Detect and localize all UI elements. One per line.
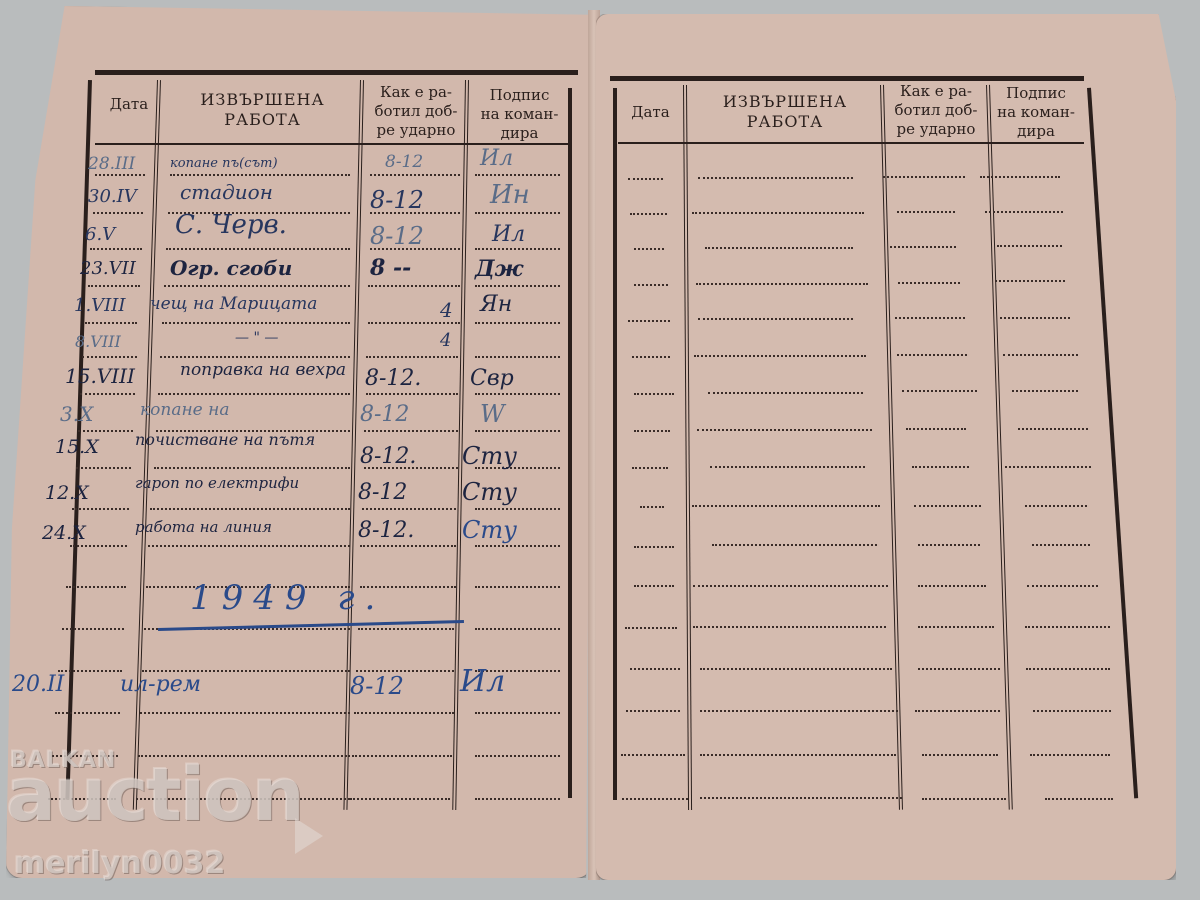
entry-work: ил-рем [120, 672, 201, 697]
header-how-line1: Как е ра- [366, 83, 466, 102]
dotted-line [634, 546, 674, 548]
dotted-line [912, 466, 969, 468]
entry-signature: Свр [470, 366, 514, 391]
entry-date: 23.VII [80, 258, 136, 279]
dotted-line [55, 712, 120, 714]
dotted-line [88, 285, 140, 287]
dotted-line [158, 393, 350, 395]
entry-hours: 8-12. [365, 366, 421, 391]
dotted-line [698, 318, 853, 320]
dotted-line [898, 282, 960, 284]
entry-signature: Ил [460, 664, 505, 699]
dotted-line [1045, 798, 1113, 800]
header-sign-line2: на коман- [472, 105, 567, 124]
dotted-line [475, 174, 560, 176]
dotted-line [475, 545, 560, 547]
dotted-line [80, 393, 135, 395]
dotted-line [1012, 390, 1078, 392]
dotted-line [985, 211, 1063, 213]
dotted-line [632, 467, 668, 469]
header-rule [95, 143, 570, 145]
header-sign-line1: Подпис [472, 86, 567, 105]
dotted-line [162, 322, 350, 324]
dotted-line [697, 429, 872, 431]
header-sign-line1: Подпис [990, 84, 1082, 103]
header-how-line3: ре ударно [366, 121, 466, 140]
entry-signature: Сту [462, 442, 517, 470]
right-border [568, 88, 572, 798]
dotted-line [700, 797, 902, 799]
header-how-line2: ботил доб- [886, 101, 986, 120]
entry-date: 30.IV [88, 186, 137, 207]
dotted-line [368, 285, 460, 287]
entry-work: копане пъ(сът) [170, 156, 278, 171]
dotted-line [634, 585, 674, 587]
dotted-line [632, 356, 670, 358]
dotted-line [640, 506, 664, 508]
dotted-line [148, 545, 350, 547]
dotted-line [360, 545, 456, 547]
entry-signature: Ян [480, 292, 512, 317]
dotted-line [62, 628, 124, 630]
dotted-line [918, 544, 980, 546]
entry-hours: 8 -- [370, 255, 411, 281]
entry-signature: Ил [480, 146, 513, 171]
entry-date: 6.V [85, 224, 115, 245]
dotted-line [692, 505, 880, 507]
dotted-line [150, 508, 350, 510]
dotted-line [625, 627, 677, 629]
entry-work: копане на [140, 400, 229, 420]
dotted-line [1026, 668, 1110, 670]
dotted-line [705, 247, 853, 249]
dotted-line [160, 356, 350, 358]
dotted-line [1030, 754, 1110, 756]
dotted-line [475, 393, 560, 395]
dotted-line [1033, 710, 1111, 712]
dotted-line [630, 213, 667, 215]
dotted-line [698, 177, 853, 179]
watermark-user: merilyn0032 [14, 846, 225, 881]
dotted-line [634, 284, 668, 286]
dotted-line [997, 245, 1062, 247]
dotted-line [1005, 466, 1091, 468]
dotted-line [58, 670, 122, 672]
dotted-line [354, 712, 454, 714]
entry-date: 28.III [88, 154, 135, 174]
dotted-line [72, 508, 129, 510]
dotted-line [475, 586, 560, 588]
dotted-line [918, 585, 986, 587]
dotted-line [364, 430, 458, 432]
work-booklet: Дата ИЗВЪРШЕНА РАБОТА Как е ра- ботил до… [0, 0, 1200, 900]
dotted-line [475, 430, 560, 432]
dotted-line [366, 356, 458, 358]
entry-signature: Сту [462, 516, 517, 544]
dotted-line [980, 176, 1060, 178]
dotted-line [906, 428, 966, 430]
dotted-line [90, 248, 142, 250]
dotted-line [700, 668, 892, 670]
dotted-line [918, 668, 1000, 670]
entry-hours: 8-12 [360, 402, 409, 427]
dotted-line [70, 545, 127, 547]
dotted-line [76, 467, 131, 469]
dotted-line [366, 393, 458, 395]
dotted-line [700, 710, 898, 712]
dotted-line [95, 174, 145, 176]
entry-work: — " — [235, 330, 278, 346]
entry-date: 8.VIII [75, 332, 121, 351]
dotted-line [82, 356, 137, 358]
dotted-line [897, 354, 967, 356]
dotted-line [710, 466, 865, 468]
dotted-line [708, 392, 863, 394]
dotted-line [1000, 317, 1070, 319]
entry-work: гароп по електрифи [135, 474, 299, 492]
entry-work: С. Черв. [175, 210, 287, 240]
dotted-line [897, 211, 955, 213]
dotted-line [622, 798, 688, 800]
header-date: Дата [98, 95, 160, 114]
header-date: Дата [618, 103, 683, 122]
dotted-line [621, 754, 685, 756]
dotted-line [93, 212, 143, 214]
entry-hours: 4 [440, 330, 451, 351]
dotted-line [693, 585, 888, 587]
entry-hours: 4 [440, 298, 453, 322]
dotted-line [166, 248, 350, 250]
entry-signature: W [480, 400, 505, 428]
header-sign-line3: дира [472, 124, 567, 143]
dotted-line [1025, 626, 1110, 628]
dotted-line [66, 586, 126, 588]
dotted-line [694, 355, 866, 357]
entry-date: 1.VIII [74, 295, 126, 316]
dotted-line [358, 628, 454, 630]
top-rule [610, 76, 1084, 81]
dotted-line [626, 710, 680, 712]
entry-work: работа на линия [135, 518, 272, 536]
dotted-line [164, 285, 350, 287]
dotted-line [995, 280, 1065, 282]
header-sign-line3: дира [990, 122, 1082, 141]
header-rule [618, 142, 1084, 144]
dotted-line [693, 626, 886, 628]
entry-signature: Дж [475, 256, 523, 282]
dotted-line [475, 798, 560, 800]
dotted-line [475, 628, 560, 630]
dotted-line [692, 212, 864, 214]
entry-hours: 8-12. [360, 444, 416, 469]
header-work-line2: РАБОТА [690, 112, 880, 132]
dotted-line [370, 174, 460, 176]
dotted-line [362, 508, 456, 510]
dotted-line [914, 505, 981, 507]
entry-date: 24.X [42, 522, 86, 544]
dotted-line [85, 322, 137, 324]
dotted-line [712, 544, 877, 546]
play-icon [295, 818, 323, 854]
entry-work: Огр. сгоби [170, 256, 292, 280]
header-work-line2: РАБОТА [165, 110, 360, 130]
entry-date: 12.X [45, 482, 89, 504]
dotted-line [475, 248, 560, 250]
dotted-line [630, 668, 680, 670]
dotted-line [918, 626, 994, 628]
dotted-line [1003, 354, 1078, 356]
header-work-line1: ИЗВЪРШЕНА [165, 90, 360, 110]
dotted-line [628, 320, 670, 322]
dotted-line [628, 178, 663, 180]
dotted-line [634, 248, 664, 250]
watermark-brand-big: auction [6, 752, 303, 838]
dotted-line [1027, 585, 1098, 587]
dotted-line [475, 285, 560, 287]
dotted-line [475, 712, 560, 714]
entry-signature: Сту [462, 478, 517, 506]
dotted-line [1025, 505, 1087, 507]
dotted-line [475, 508, 560, 510]
entry-work: стадион [180, 180, 273, 204]
top-rule [95, 70, 578, 75]
dotted-line [634, 430, 670, 432]
entry-hours: 8-12 [385, 152, 423, 172]
dotted-line [700, 754, 896, 756]
dotted-line [140, 712, 350, 714]
dotted-line [902, 390, 977, 392]
header-how-line2: ботил доб- [366, 102, 466, 121]
entry-date: 3.X [60, 402, 93, 426]
dotted-line [696, 283, 868, 285]
entry-hours: 8-12. [358, 518, 414, 543]
dotted-line [154, 467, 350, 469]
header-how-line3: ре ударно [886, 120, 986, 139]
dotted-line [634, 393, 674, 395]
dotted-line [475, 322, 560, 324]
dotted-line [475, 356, 560, 358]
dotted-line [895, 317, 965, 319]
dotted-line [352, 755, 452, 757]
dotted-line [78, 430, 133, 432]
entry-hours: 8-12 [370, 222, 424, 250]
dotted-line [922, 798, 1006, 800]
entry-date: 15.VIII [65, 364, 135, 388]
entry-signature: Ил [492, 222, 525, 247]
header-sign-line2: на коман- [990, 103, 1082, 122]
entry-work: поправка на вехра [180, 360, 346, 380]
entry-hours: 8-12 [370, 186, 424, 214]
dotted-line [915, 710, 1000, 712]
dotted-line [883, 176, 965, 178]
entry-date: 15.X [55, 436, 99, 458]
dotted-line [1018, 428, 1088, 430]
entry-signature: Ин [490, 180, 530, 210]
dotted-line [350, 798, 450, 800]
entry-work: чещ на Марицата [150, 294, 317, 314]
entry-work: почистване на пътя [135, 430, 315, 449]
dotted-line [890, 246, 956, 248]
dotted-line [1032, 544, 1090, 546]
header-how-line1: Как е ра- [886, 82, 986, 101]
dotted-line [170, 174, 350, 176]
header-work-line1: ИЗВЪРШЕНА [690, 92, 880, 112]
year-note: 1949 г. [190, 578, 385, 618]
left-border [613, 88, 617, 800]
entry-date: 20.II [12, 672, 64, 697]
entry-hours: 8-12 [358, 480, 407, 505]
dotted-line [475, 212, 560, 214]
dotted-line [475, 755, 560, 757]
entry-hours: 8-12 [350, 672, 404, 700]
dotted-line [922, 754, 998, 756]
dotted-line [368, 322, 460, 324]
